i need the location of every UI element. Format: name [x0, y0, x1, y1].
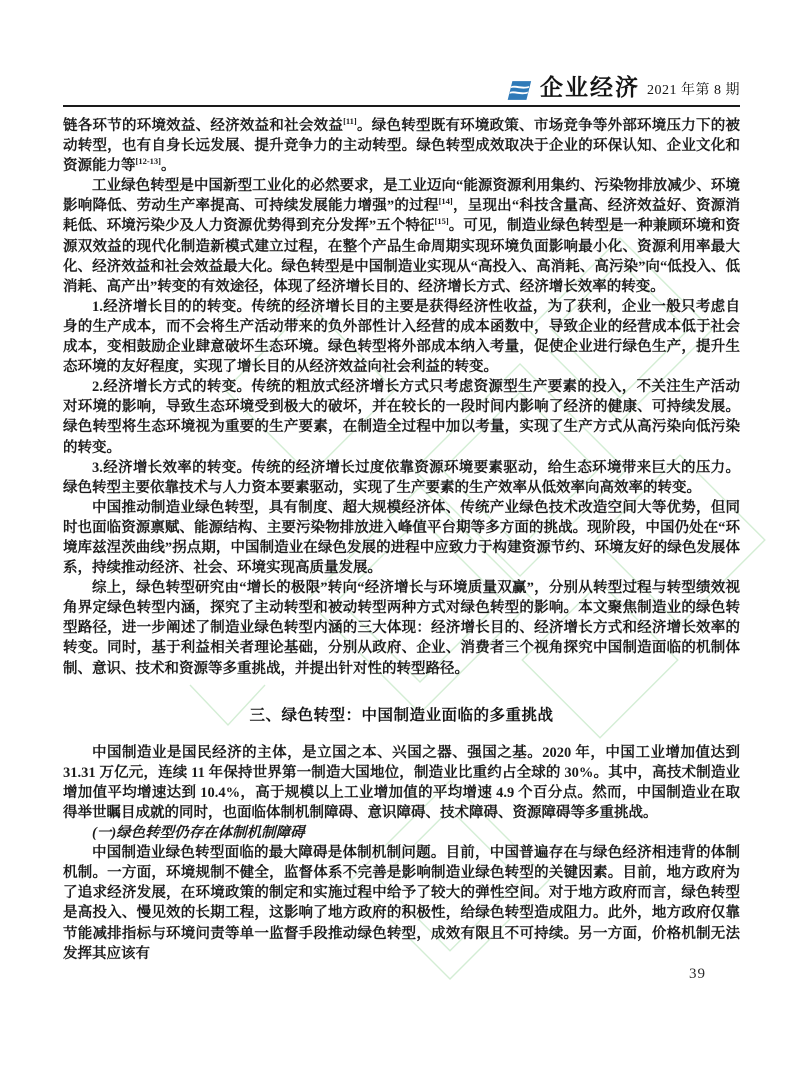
citation-ref: [15] — [435, 217, 449, 227]
body-paragraph: 中国制造业是国民经济的主体，是立国之本、兴国之器、强国之基。2020 年，中国工… — [63, 743, 740, 823]
journal-name: 企业经济 — [540, 76, 640, 99]
body-paragraph: 中国推动制造业绿色转型，具有制度、超大规模经济体、传统产业绿色技术改造空间大等优… — [63, 498, 740, 578]
journal-logo-icon — [503, 80, 533, 101]
body-paragraph: 中国制造业绿色转型面临的最大障碍是体制机制问题。目前，中国普遍存在与绿色经济相违… — [63, 843, 740, 964]
article-body: 链各环节的环境效益、经济效益和社会效益[11]。绿色转型既有环境政策、市场竞争等… — [63, 116, 740, 964]
body-paragraph: 2.经济增长方式的转变。传统的粗放式经济增长方式只考虑资源型生产要素的投入，不关… — [63, 377, 740, 457]
citation-ref: [12-13] — [136, 156, 162, 166]
body-paragraph: 工业绿色转型是中国新型工业化的必然要求，是工业迈向“能源资源利用集约、污染物排放… — [63, 176, 740, 297]
citation-ref: [11] — [343, 116, 357, 126]
citation-ref: [14] — [439, 197, 453, 207]
journal-page: 企业经济 2021 年第 8 期 链各环节的环境效益、经济效益和社会效益[11]… — [0, 0, 793, 1077]
page-number: 39 — [689, 966, 706, 983]
journal-masthead: 企业经济 2021 年第 8 期 — [63, 76, 740, 105]
body-paragraph: 综上，绿色转型研究由“增长的极限”转向“经济增长与环境质量双赢”，分别从转型过程… — [63, 578, 740, 678]
body-paragraph: 3.经济增长效率的转变。传统的经济增长过度依靠资源环境要素驱动，给生态环境带来巨… — [63, 458, 740, 498]
header-rule — [63, 105, 740, 107]
body-paragraph: 1.经济增长目的的转变。传统的经济增长目的主要是获得经济性收益，为了获利，企业一… — [63, 297, 740, 377]
section-heading: 三、绿色转型：中国制造业面临的多重挑战 — [63, 706, 740, 726]
page-content: 企业经济 2021 年第 8 期 链各环节的环境效益、经济效益和社会效益[11]… — [63, 76, 740, 964]
subsection-heading: (一)绿色转型仍存在体制机制障碍 — [63, 823, 740, 843]
journal-issue-label: 2021 年第 8 期 — [647, 83, 740, 99]
body-paragraph: 链各环节的环境效益、经济效益和社会效益[11]。绿色转型既有环境政策、市场竞争等… — [63, 116, 740, 176]
